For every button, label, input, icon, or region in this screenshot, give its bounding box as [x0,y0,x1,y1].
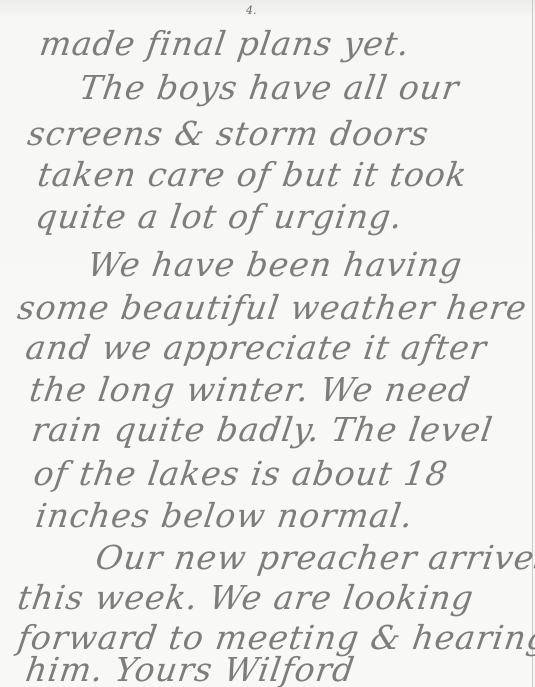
letter-line: The boys have all our [77,68,462,107]
letter-line: made final plans yet. [37,24,412,63]
letter-line: the long winter. We need [27,370,473,409]
letter-line: screens & storm doors [25,114,431,153]
letter-line: taken care of but it took [35,155,470,194]
letter-line: Our new preacher arrives [93,538,535,577]
page-edge [532,0,533,687]
letter-line: some beautiful weather here [15,288,529,327]
letter-line: rain quite badly. The level [29,410,495,449]
letter-line: We have been having [85,245,465,284]
page-number: 4. [246,4,257,17]
letter-page: 4. made final plans yet. The boys have a… [0,0,535,687]
letter-line: and we appreciate it after [23,328,489,367]
letter-line: of the lakes is about 18 [31,454,450,493]
letter-line: this week. We are looking [15,578,476,617]
letter-line-signature: him. Yours Wilford [23,650,357,687]
letter-line: inches below normal. [33,496,416,535]
letter-line: quite a lot of urging. [33,197,405,236]
